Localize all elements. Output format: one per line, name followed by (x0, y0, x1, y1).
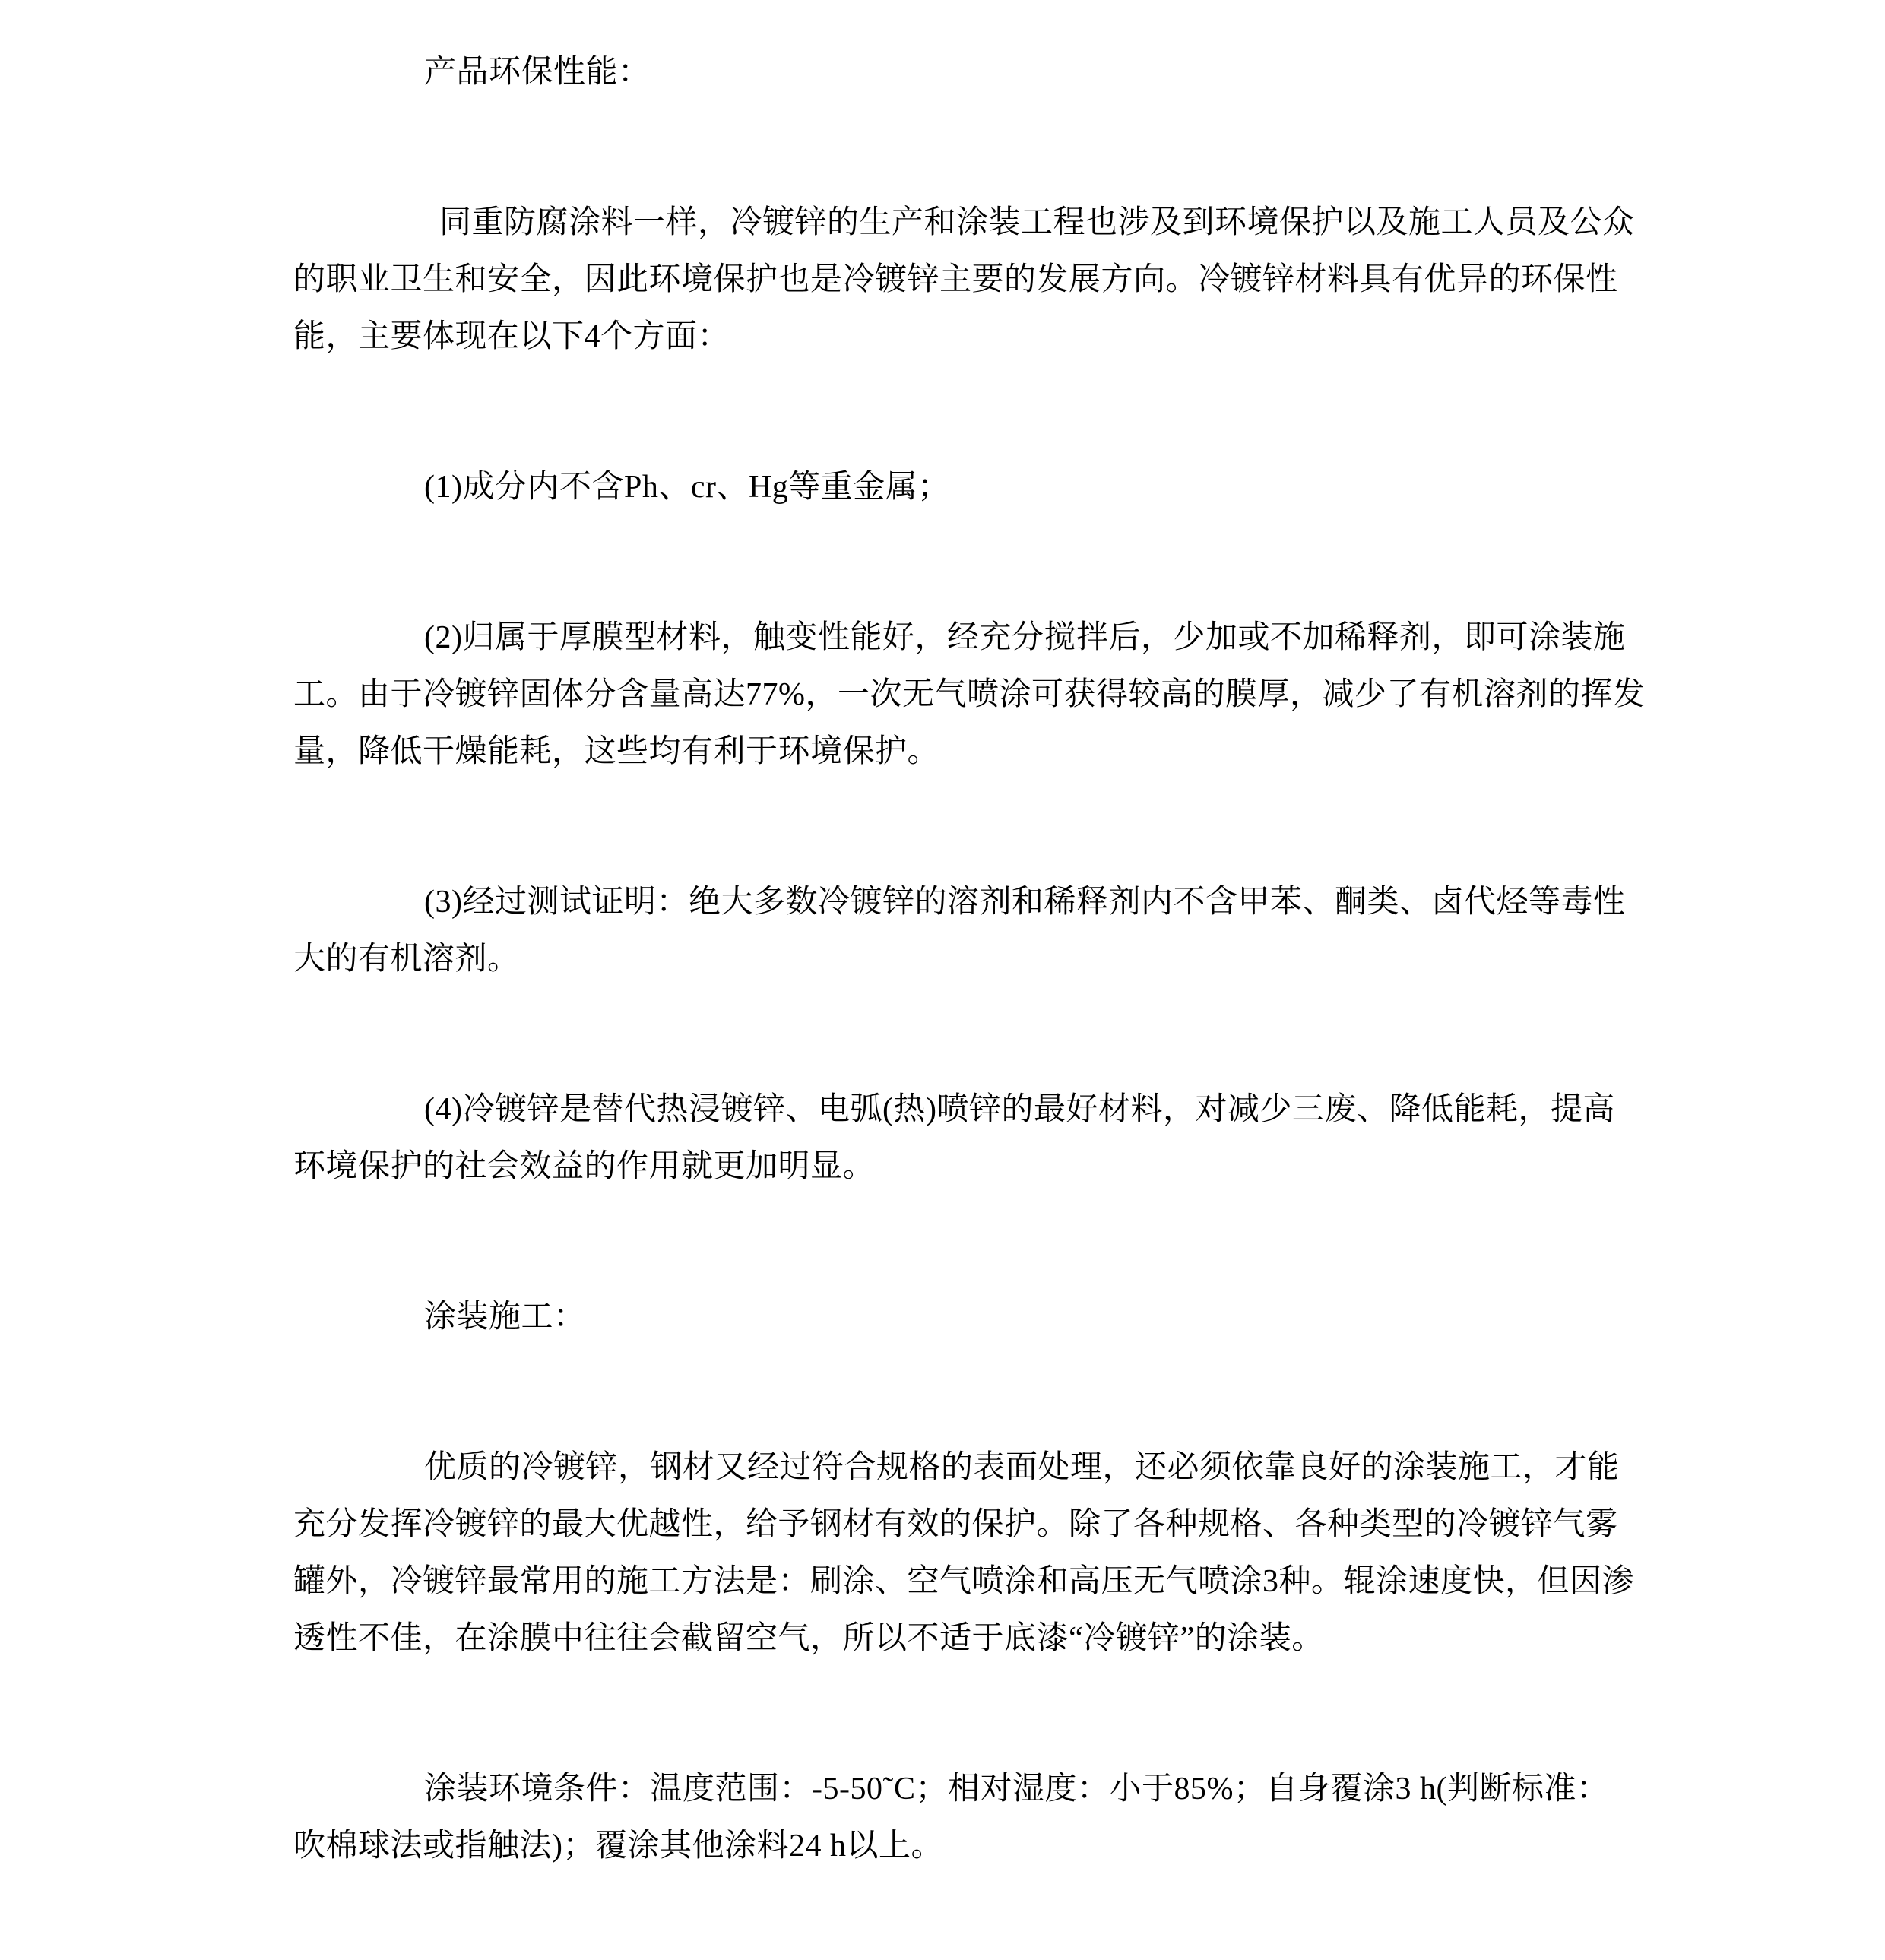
paragraph-heading-environmental: 产品环保性能： (293, 44, 1619, 101)
text-line: 吹棉球法或指触法)；覆涂其他涂料24 h以上。 (293, 1818, 1619, 1875)
text-line: 充分发挥冷镀锌的最大优越性，给予钢材有效的保护。除了各种规格、各种类型的冷镀锌气… (293, 1496, 1619, 1553)
paragraph-heading-application: 涂装施工： (293, 1289, 1619, 1346)
document-page: 产品环保性能： 同重防腐涂料一样，冷镀锌的生产和涂装工程也涉及到环境保护以及施工… (0, 0, 1885, 1960)
text-line: (4)冷镀锌是替代热浸镀锌、电弧(热)喷锌的最好材料，对减少三废、降低能耗，提高 (293, 1081, 1619, 1138)
paragraph-intro: 同重防腐涂料一样，冷镀锌的生产和涂装工程也涉及到环境保护以及施工人员及公众 的职… (293, 195, 1619, 366)
text-line: 优质的冷镀锌，钢材又经过符合规格的表面处理，还必须依靠良好的涂装施工，才能 (293, 1439, 1619, 1496)
paragraph-environment-conditions: 涂装环境条件：温度范围：-5-50˜C；相对湿度：小于85%；自身覆涂3 h(判… (293, 1761, 1619, 1875)
text-line: 大的有机溶剂。 (293, 931, 1619, 988)
paragraph-application: 优质的冷镀锌，钢材又经过符合规格的表面处理，还必须依靠良好的涂装施工，才能 充分… (293, 1439, 1619, 1667)
paragraph-item-3: (3)经过测试证明：绝大多数冷镀锌的溶剂和稀释剂内不含甲苯、酮类、卤代烃等毒性 … (293, 874, 1619, 988)
text-line: (3)经过测试证明：绝大多数冷镀锌的溶剂和稀释剂内不含甲苯、酮类、卤代烃等毒性 (293, 874, 1619, 931)
text-line: (2)归属于厚膜型材料，触变性能好，经充分搅拌后，少加或不加稀释剂，即可涂装施 (293, 610, 1619, 667)
text-line: 涂装施工： (293, 1289, 1619, 1346)
text-line: 同重防腐涂料一样，冷镀锌的生产和涂装工程也涉及到环境保护以及施工人员及公众 (293, 195, 1619, 252)
paragraph-item-1: (1)成分内不含Ph、cr、Hg等重金属； (293, 459, 1619, 516)
text-line: (1)成分内不含Ph、cr、Hg等重金属； (293, 459, 1619, 516)
text-line: 工。由于冷镀锌固体分含量高达77%，一次无气喷涂可获得较高的膜厚，减少了有机溶剂… (293, 667, 1619, 724)
text-line: 透性不佳，在涂膜中往往会截留空气，所以不适于底漆“冷镀锌”的涂装。 (293, 1610, 1619, 1667)
text-line: 产品环保性能： (293, 44, 1619, 101)
text-line: 能，主要体现在以下4个方面： (293, 309, 1619, 366)
text-line: 量，降低干燥能耗，这些均有利于环境保护。 (293, 724, 1619, 781)
text-line: 涂装环境条件：温度范围：-5-50˜C；相对湿度：小于85%；自身覆涂3 h(判… (293, 1761, 1619, 1818)
document-body: 产品环保性能： 同重防腐涂料一样，冷镀锌的生产和涂装工程也涉及到环境保护以及施工… (0, 0, 1885, 1875)
paragraph-item-2: (2)归属于厚膜型材料，触变性能好，经充分搅拌后，少加或不加稀释剂，即可涂装施 … (293, 610, 1619, 781)
text-line: 的职业卫生和安全，因此环境保护也是冷镀锌主要的发展方向。冷镀锌材料具有优异的环保… (293, 252, 1619, 309)
text-line: 罐外，冷镀锌最常用的施工方法是：刷涂、空气喷涂和高压无气喷涂3种。辊涂速度快，但… (293, 1553, 1619, 1610)
text-line: 环境保护的社会效益的作用就更加明显。 (293, 1138, 1619, 1195)
paragraph-item-4: (4)冷镀锌是替代热浸镀锌、电弧(热)喷锌的最好材料，对减少三废、降低能耗，提高… (293, 1081, 1619, 1195)
